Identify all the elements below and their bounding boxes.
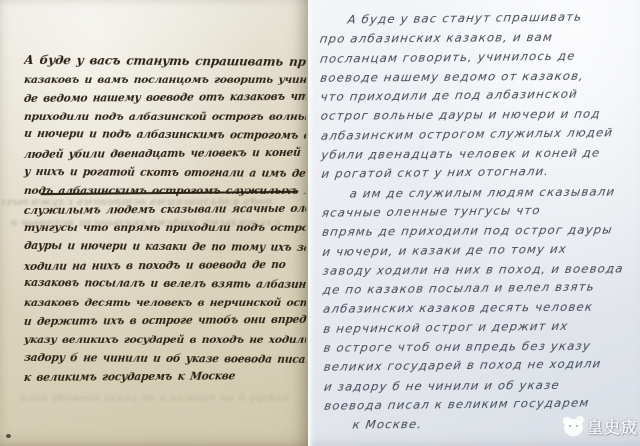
manuscript-line: А буде у васъ стануть спрашивать про алб… <box>23 51 307 72</box>
manuscript-line: служилымъ людемъ сказывали ясачные оленн… <box>23 200 307 221</box>
manuscript-line: указу великихъ государей в походъ не ход… <box>23 331 307 350</box>
paper-speck <box>6 434 11 438</box>
manuscript-line: казаковъ десять человекъ в нерчинской ос… <box>23 294 307 313</box>
manuscript-line: и нючери и подъ албазинскимъ острогомъ с… <box>23 125 307 146</box>
manuscript-photo: подъ албазинскимъ острогомъ служилыхъ лю… <box>0 0 640 446</box>
transcription-line: ясачные оленные тунгусы что <box>321 200 640 223</box>
manuscript-line: и держитъ ихъ в остроге чтобъ они впредь… <box>23 311 307 332</box>
panda-face-icon <box>560 414 586 438</box>
manuscript-line: тунгусы что впрямь приходили подъ острог… <box>23 219 307 238</box>
transcription-line: албазинским острогом служилых людей <box>320 123 640 146</box>
manuscript-line-struck-through: подъ албазинскимъ острогомъ служилыхъ лю… <box>23 182 307 201</box>
manuscript-line: казаковъ и вамъ посланцомъ говорить учин… <box>23 71 307 90</box>
transcription-line: в нерчинской острог и держит их <box>322 316 640 339</box>
transcription-page: А буде у вас станут спрашивать про албаз… <box>308 0 640 446</box>
manuscript-line: у нихъ и рогатой скотъ отогнали а имъ де <box>23 163 307 184</box>
transcription-line: великих государей в поход не ходили <box>323 354 640 377</box>
manuscript-line: приходили подъ албазинской острогъ волны… <box>23 108 307 127</box>
manuscript-line: людей убили двенадцать человекъ и коней … <box>23 144 307 165</box>
manuscript-line: де ведомо нашему воеводе отъ казаковъ чт… <box>23 88 307 109</box>
watermark-text: 皇史宬 <box>587 415 638 438</box>
manuscript-line: к великимъ государемъ к Москве <box>23 367 307 388</box>
manuscript-line: ходили на нихъ в походъ и воевода де по <box>23 255 307 276</box>
ink-bleed-ghost-text: задору б не чинили и об указе воевода пи… <box>19 392 291 410</box>
transcription-line: и рогатой скот у них отогнали. <box>320 161 640 184</box>
original-manuscript-page: подъ албазинскимъ острогомъ служилыхъ лю… <box>0 0 308 446</box>
transcription-line: и чючери, и казаки де по тому их <box>321 239 640 262</box>
transcription-line: посланцам говорить, учинилось де <box>319 46 639 69</box>
manuscript-line: дауры и нючери и казаки де по тому ихъ з… <box>23 237 307 258</box>
watermark: 皇史宬 <box>560 414 638 438</box>
transcription-text-block: А буде у вас станут спрашивать про албаз… <box>319 7 640 435</box>
old-manuscript-text-block: А буде у васъ стануть спрашивать про алб… <box>24 52 306 387</box>
transcription-line: А буде у вас станут спрашивать <box>318 7 640 31</box>
manuscript-line: казаковъ посылалъ и велелъ взять албазин… <box>23 274 307 295</box>
transcription-line: воевода писал к великим государем <box>323 393 640 416</box>
manuscript-line: задору б не чинили и об указе воевода пи… <box>23 349 307 370</box>
